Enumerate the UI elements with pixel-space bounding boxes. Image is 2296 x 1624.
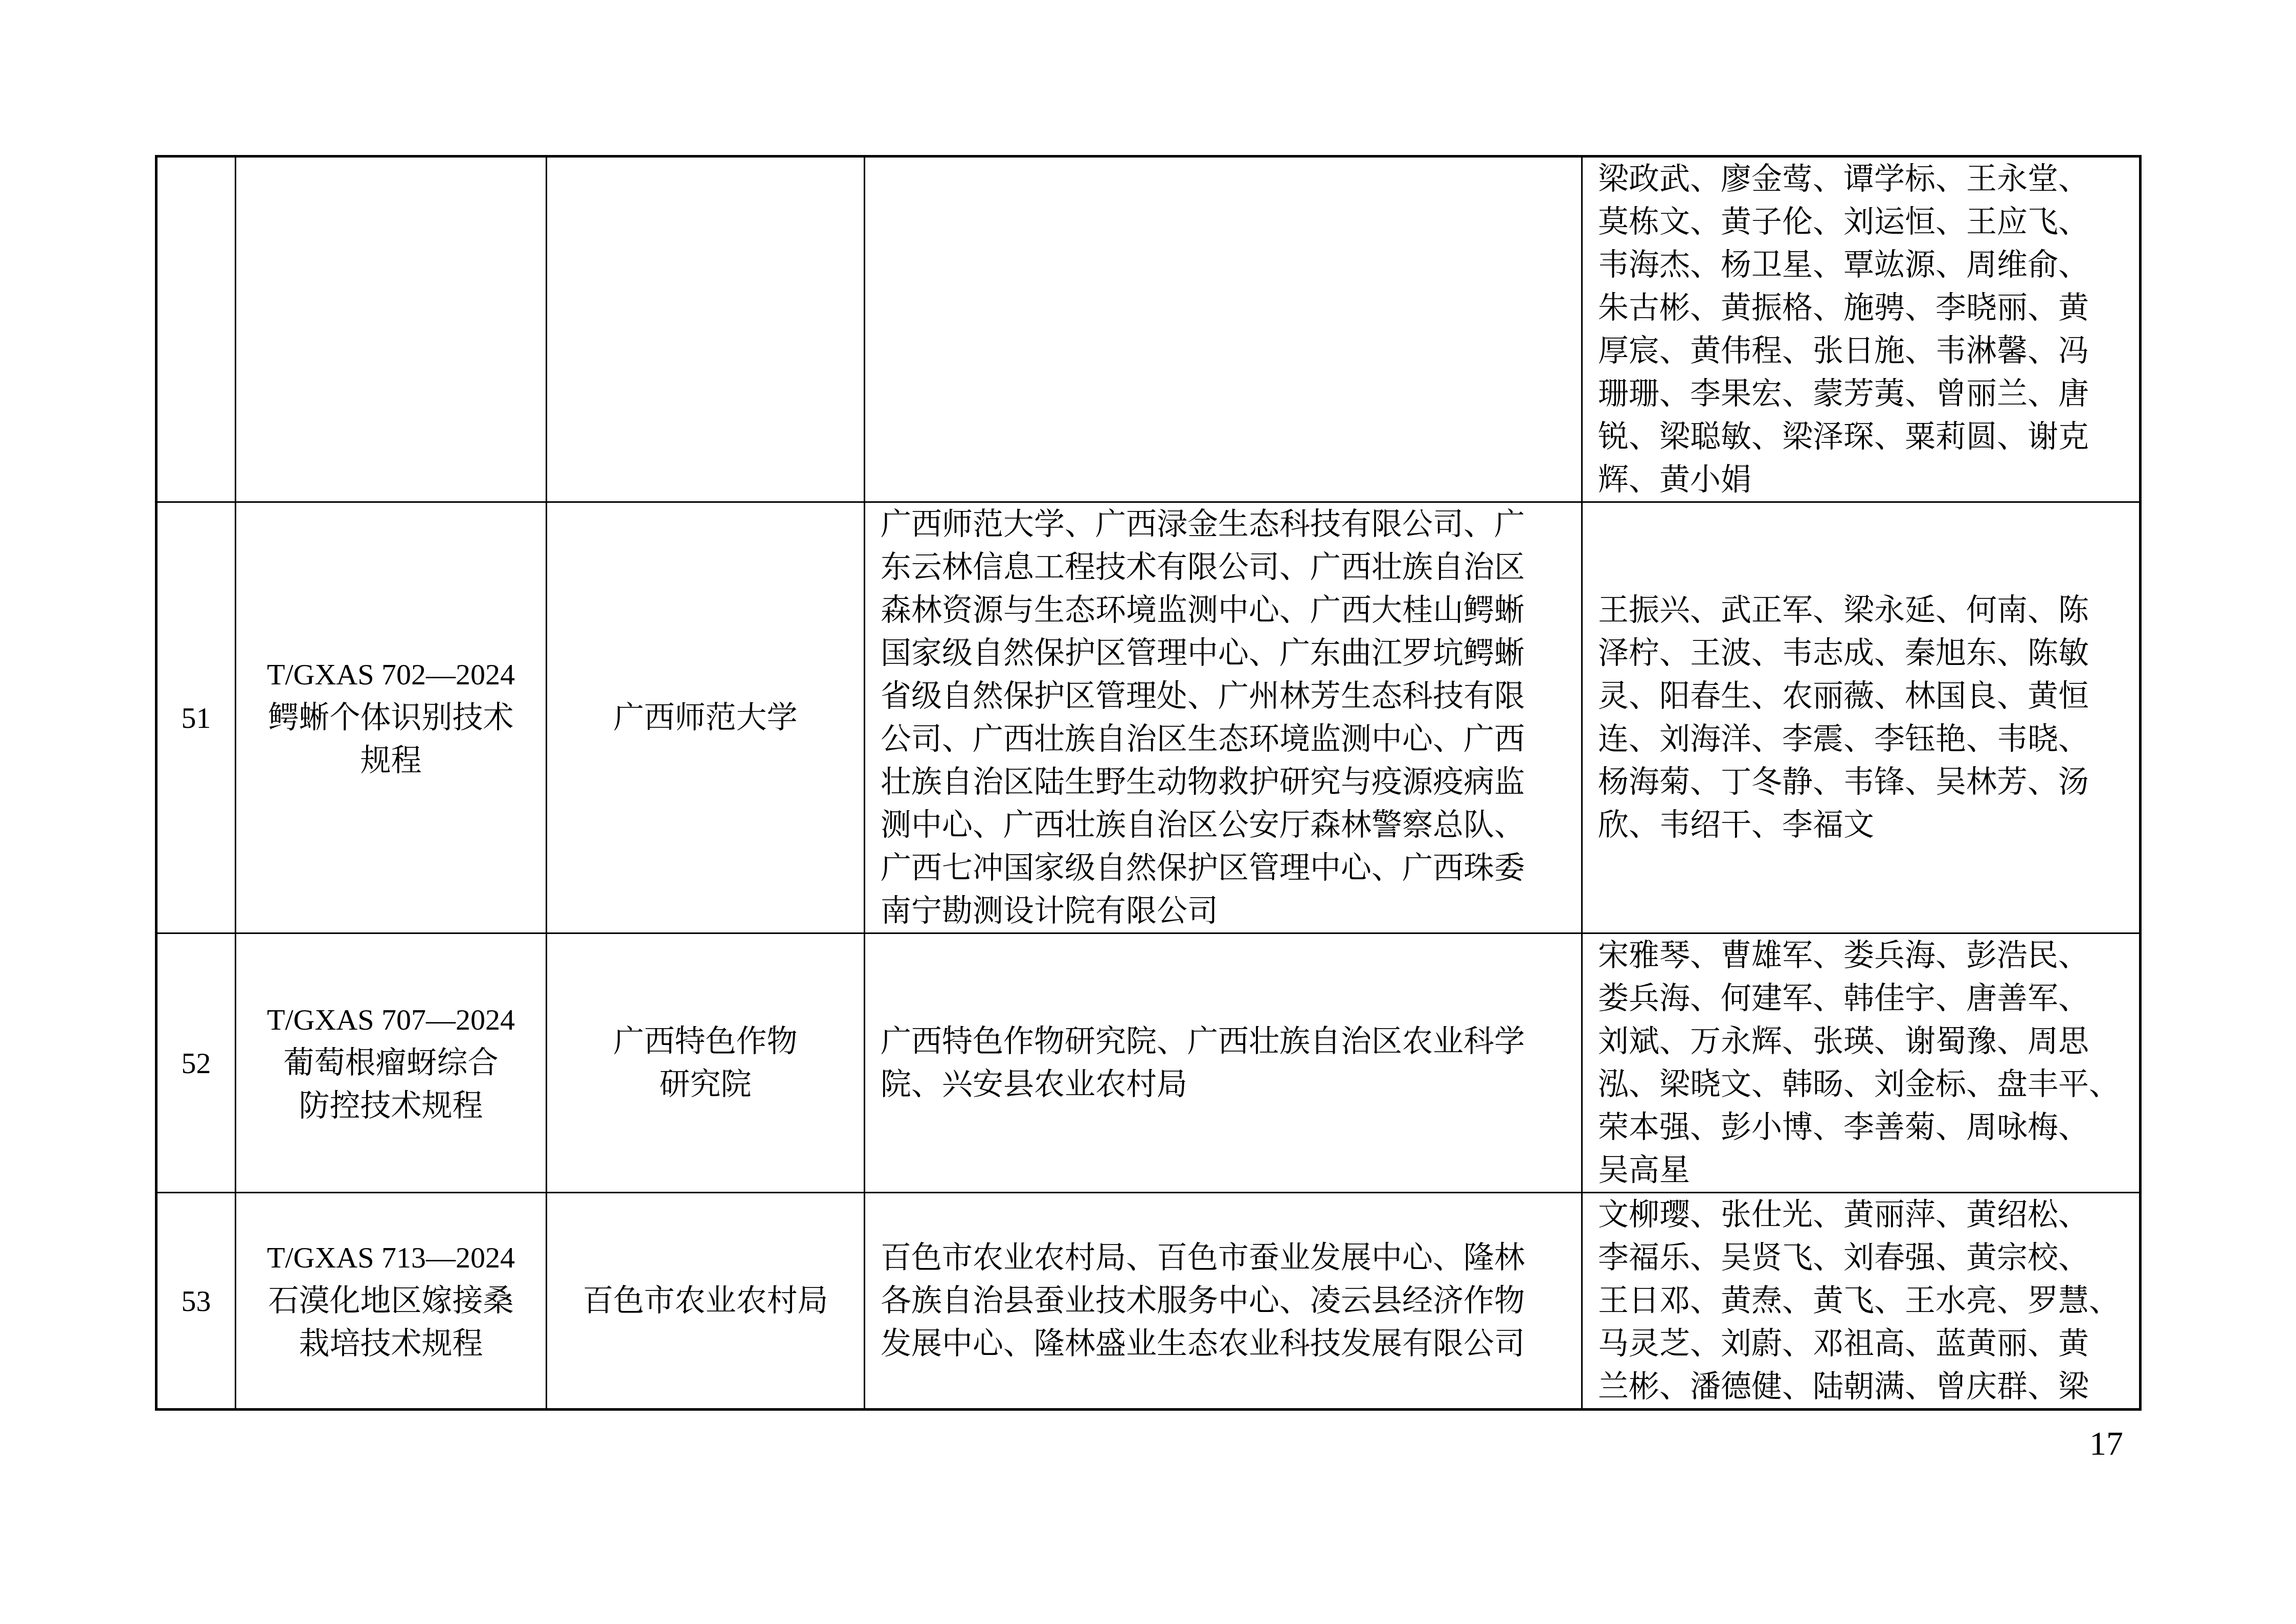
standards-table-body: 梁政武、廖金莺、谭学标、王永堂、 莫栋文、黄子伦、刘运恒、王应飞、 韦海杰、杨卫… [156, 157, 2141, 1410]
cell-lead-unit [547, 157, 865, 502]
cell-participating-units: 广西特色作物研究院、广西壮族自治区农业科学 院、兴安县农业农村局 [865, 933, 1582, 1193]
cell-standard: T/GXAS 713—2024 石漠化地区嫁接桑 栽培技术规程 [236, 1193, 547, 1410]
cell-participating-units [865, 157, 1582, 502]
cell-no: 51 [156, 502, 236, 933]
standard-name: 鳄蜥个体识别技术 [236, 696, 546, 739]
standard-name: 葡萄根瘤蚜综合 [236, 1041, 546, 1084]
cell-standard: T/GXAS 707—2024 葡萄根瘤蚜综合 防控技术规程 [236, 933, 547, 1193]
cell-drafters: 文柳璎、张仕光、黄丽萍、黄绍松、 李福乐、吴贤飞、刘春强、黄宗校、 王日邓、黄焘… [1582, 1193, 2141, 1410]
cell-participating-units: 百色市农业农村局、百色市蚕业发展中心、隆林 各族自治县蚕业技术服务中心、凌云县经… [865, 1193, 1582, 1410]
cell-participating-units: 广西师范大学、广西渌金生态科技有限公司、广 东云林信息工程技术有限公司、广西壮族… [865, 502, 1582, 933]
standard-name: 栽培技术规程 [236, 1322, 546, 1365]
drafters-text: 梁政武、廖金莺、谭学标、王永堂、 莫栋文、黄子伦、刘运恒、王应飞、 韦海杰、杨卫… [1583, 158, 2139, 501]
cell-standard: T/GXAS 702—2024 鳄蜥个体识别技术 规程 [236, 502, 547, 933]
cell-lead-unit: 百色市农业农村局 [547, 1193, 865, 1410]
cell-no [156, 157, 236, 502]
table-row: 53 T/GXAS 713—2024 石漠化地区嫁接桑 栽培技术规程 百色市农业… [156, 1193, 2141, 1410]
cell-lead-unit: 广西师范大学 [547, 502, 865, 933]
cell-drafters: 梁政武、廖金莺、谭学标、王永堂、 莫栋文、黄子伦、刘运恒、王应飞、 韦海杰、杨卫… [1582, 157, 2141, 502]
table-row: 梁政武、廖金莺、谭学标、王永堂、 莫栋文、黄子伦、刘运恒、王应飞、 韦海杰、杨卫… [156, 157, 2141, 502]
standards-table: 梁政武、廖金莺、谭学标、王永堂、 莫栋文、黄子伦、刘运恒、王应飞、 韦海杰、杨卫… [155, 155, 2142, 1411]
standard-code: T/GXAS 702—2024 [236, 653, 546, 696]
cell-drafters: 宋雅琴、曹雄军、娄兵海、彭浩民、 娄兵海、何建军、韩佳宇、唐善军、 刘斌、万永辉… [1582, 933, 2141, 1193]
table-row: 52 T/GXAS 707—2024 葡萄根瘤蚜综合 防控技术规程 广西特色作物… [156, 933, 2141, 1193]
table-row: 51 T/GXAS 702—2024 鳄蜥个体识别技术 规程 广西师范大学 广西… [156, 502, 2141, 933]
page-number: 17 [2089, 1427, 2123, 1461]
cell-drafters: 王振兴、武正军、梁永延、何南、陈 泽柠、王波、韦志成、秦旭东、陈敏 灵、阳春生、… [1582, 502, 2141, 933]
standard-code: T/GXAS 713—2024 [236, 1236, 546, 1279]
cell-lead-unit: 广西特色作物 研究院 [547, 933, 865, 1193]
standard-name: 防控技术规程 [236, 1084, 546, 1127]
cell-standard [236, 157, 547, 502]
standard-code: T/GXAS 707—2024 [236, 998, 546, 1041]
cell-no: 53 [156, 1193, 236, 1410]
cell-no: 52 [156, 933, 236, 1193]
standard-name: 石漠化地区嫁接桑 [236, 1279, 546, 1322]
standard-name: 规程 [236, 739, 546, 782]
